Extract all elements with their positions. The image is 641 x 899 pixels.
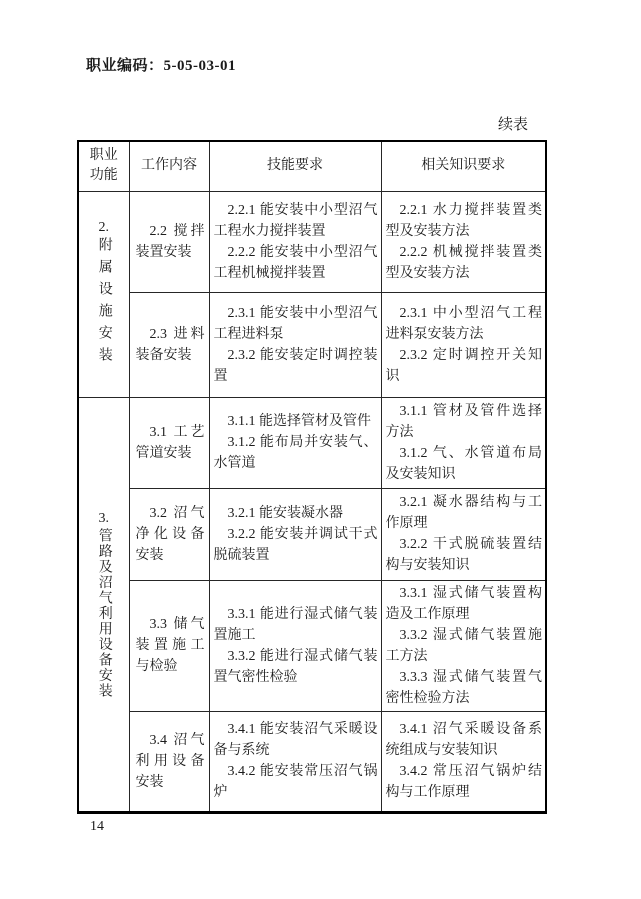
skill-item: 3.4.2 能安装常压沼气锅炉 <box>214 761 378 803</box>
work-content-cell: 2.3 进料装备安装 <box>129 292 209 397</box>
table-row: 3. 管路及沼气利用设备安装 3.1 工艺管道安装 3.1.1 能选择管材及管件… <box>78 397 546 488</box>
skill-requirements-cell: 3.1.1 能选择管材及管件 3.1.2 能布局并安装气、水管道 <box>209 397 381 488</box>
skill-item: 3.1.1 能选择管材及管件 <box>214 411 378 432</box>
knowledge-item: 3.2.2 干式脱硫装置结构与安装知识 <box>386 534 543 576</box>
knowledge-item: 3.3.1 湿式储气装置构造及工作原理 <box>386 583 543 625</box>
skill-item: 3.3.1 能进行湿式储气装置施工 <box>214 604 378 646</box>
document-page: 职业编码：5-05-03-01 续表 职业功能 工作内容 技能要求 相关知识要求… <box>0 0 641 899</box>
table-row: 2. 附属设施安装 2.2 搅拌装置安装 2.2.1 能安装中小型沼气工程水力搅… <box>78 191 546 292</box>
skill-item: 3.2.2 能安装并调试干式脱硫装置 <box>214 524 378 566</box>
skill-requirements-cell: 3.2.1 能安装凝水器 3.2.2 能安装并调试干式脱硫装置 <box>209 488 381 580</box>
work-content-text: 2.2 搅拌装置安装 <box>136 221 205 263</box>
function-label: 3. 管路及沼气利用设备安装 <box>79 510 129 699</box>
function-name-vertical: 附属设施安装 <box>97 237 111 369</box>
continued-table-label: 续表 <box>77 113 545 134</box>
function-label: 2. 附属设施安装 <box>79 219 129 369</box>
page-number: 14 <box>90 819 104 835</box>
knowledge-item: 3.1.1 管材及管件选择方法 <box>386 401 543 443</box>
skill-item: 3.2.1 能安装凝水器 <box>214 503 378 524</box>
knowledge-item: 3.3.3 湿式储气装置气密性检验方法 <box>386 667 543 709</box>
function-number: 3. <box>99 510 110 528</box>
col-header-skill-requirements: 技能要求 <box>209 141 381 191</box>
knowledge-item: 2.3.1 中小型沼气工程进料泵安装方法 <box>386 303 543 345</box>
function-cell-section-2: 2. 附属设施安装 <box>78 191 129 397</box>
knowledge-item: 3.4.1 沼气采暖设备系统组成与安装知识 <box>386 719 543 761</box>
col-header-function: 职业功能 <box>78 141 129 191</box>
knowledge-requirements-cell: 2.3.1 中小型沼气工程进料泵安装方法 2.3.2 定时调控开关知识 <box>381 292 546 397</box>
knowledge-requirements-cell: 3.3.1 湿式储气装置构造及工作原理 3.3.2 湿式储气装置施工方法 3.3… <box>381 580 546 711</box>
knowledge-item: 3.4.2 常压沼气锅炉结构与工作原理 <box>386 761 543 803</box>
knowledge-item: 3.1.2 气、水管道布局及安装知识 <box>386 443 543 485</box>
table-row: 3.3 储气装置施工与检验 3.3.1 能进行湿式储气装置施工 3.3.2 能进… <box>78 580 546 711</box>
work-content-text: 3.2 沼气净化设备安装 <box>136 503 205 566</box>
work-content-cell: 3.1 工艺管道安装 <box>129 397 209 488</box>
function-name-vertical: 管路及沼气利用设备安装 <box>97 528 111 699</box>
skill-requirements-cell: 2.2.1 能安装中小型沼气工程水力搅拌装置 2.2.2 能安装中小型沼气工程机… <box>209 191 381 292</box>
work-content-cell: 3.3 储气装置施工与检验 <box>129 580 209 711</box>
knowledge-item: 2.2.2 机械搅拌装置类型及安装方法 <box>386 242 543 284</box>
work-content-text: 3.4 沼气利用设备安装 <box>136 730 205 793</box>
skill-requirements-cell: 2.3.1 能安装中小型沼气工程进料泵 2.3.2 能安装定时调控装置 <box>209 292 381 397</box>
skill-requirements-cell: 3.3.1 能进行湿式储气装置施工 3.3.2 能进行湿式储气装置气密性检验 <box>209 580 381 711</box>
knowledge-item: 2.3.2 定时调控开关知识 <box>386 345 543 387</box>
knowledge-requirements-cell: 3.4.1 沼气采暖设备系统组成与安装知识 3.4.2 常压沼气锅炉结构与工作原… <box>381 711 546 812</box>
work-content-cell: 2.2 搅拌装置安装 <box>129 191 209 292</box>
knowledge-requirements-cell: 3.2.1 凝水器结构与工作原理 3.2.2 干式脱硫装置结构与安装知识 <box>381 488 546 580</box>
knowledge-item: 2.2.1 水力搅拌装置类型及安装方法 <box>386 200 543 242</box>
table-header-row: 职业功能 工作内容 技能要求 相关知识要求 <box>78 141 546 191</box>
skill-item: 3.3.2 能进行湿式储气装置气密性检验 <box>214 646 378 688</box>
skill-item: 2.3.1 能安装中小型沼气工程进料泵 <box>214 303 378 345</box>
skill-requirements-cell: 3.4.1 能安装沼气采暖设备与系统 3.4.2 能安装常压沼气锅炉 <box>209 711 381 812</box>
table-row: 3.2 沼气净化设备安装 3.2.1 能安装凝水器 3.2.2 能安装并调试干式… <box>78 488 546 580</box>
skill-item: 3.1.2 能布局并安装气、水管道 <box>214 432 378 474</box>
col-header-work-content: 工作内容 <box>129 141 209 191</box>
occupational-standard-table: 职业功能 工作内容 技能要求 相关知识要求 2. 附属设施安装 2.2 搅拌装置… <box>77 140 547 814</box>
work-content-text: 3.3 储气装置施工与检验 <box>136 614 205 677</box>
knowledge-item: 3.3.2 湿式储气装置施工方法 <box>386 625 543 667</box>
work-content-cell: 3.2 沼气净化设备安装 <box>129 488 209 580</box>
skill-item: 3.4.1 能安装沼气采暖设备与系统 <box>214 719 378 761</box>
function-cell-section-3: 3. 管路及沼气利用设备安装 <box>78 397 129 812</box>
knowledge-item: 3.2.1 凝水器结构与工作原理 <box>386 492 543 534</box>
occupation-code: 职业编码：5-05-03-01 <box>86 54 236 75</box>
skill-item: 2.2.2 能安装中小型沼气工程机械搅拌装置 <box>214 242 378 284</box>
work-content-text: 2.3 进料装备安装 <box>136 324 205 366</box>
knowledge-requirements-cell: 3.1.1 管材及管件选择方法 3.1.2 气、水管道布局及安装知识 <box>381 397 546 488</box>
col-header-knowledge-requirements: 相关知识要求 <box>381 141 546 191</box>
work-content-cell: 3.4 沼气利用设备安装 <box>129 711 209 812</box>
function-number: 2. <box>99 219 110 237</box>
knowledge-requirements-cell: 2.2.1 水力搅拌装置类型及安装方法 2.2.2 机械搅拌装置类型及安装方法 <box>381 191 546 292</box>
skill-item: 2.3.2 能安装定时调控装置 <box>214 345 378 387</box>
skill-item: 2.2.1 能安装中小型沼气工程水力搅拌装置 <box>214 200 378 242</box>
work-content-text: 3.1 工艺管道安装 <box>136 422 205 464</box>
table-row: 3.4 沼气利用设备安装 3.4.1 能安装沼气采暖设备与系统 3.4.2 能安… <box>78 711 546 812</box>
table-row: 2.3 进料装备安装 2.3.1 能安装中小型沼气工程进料泵 2.3.2 能安装… <box>78 292 546 397</box>
